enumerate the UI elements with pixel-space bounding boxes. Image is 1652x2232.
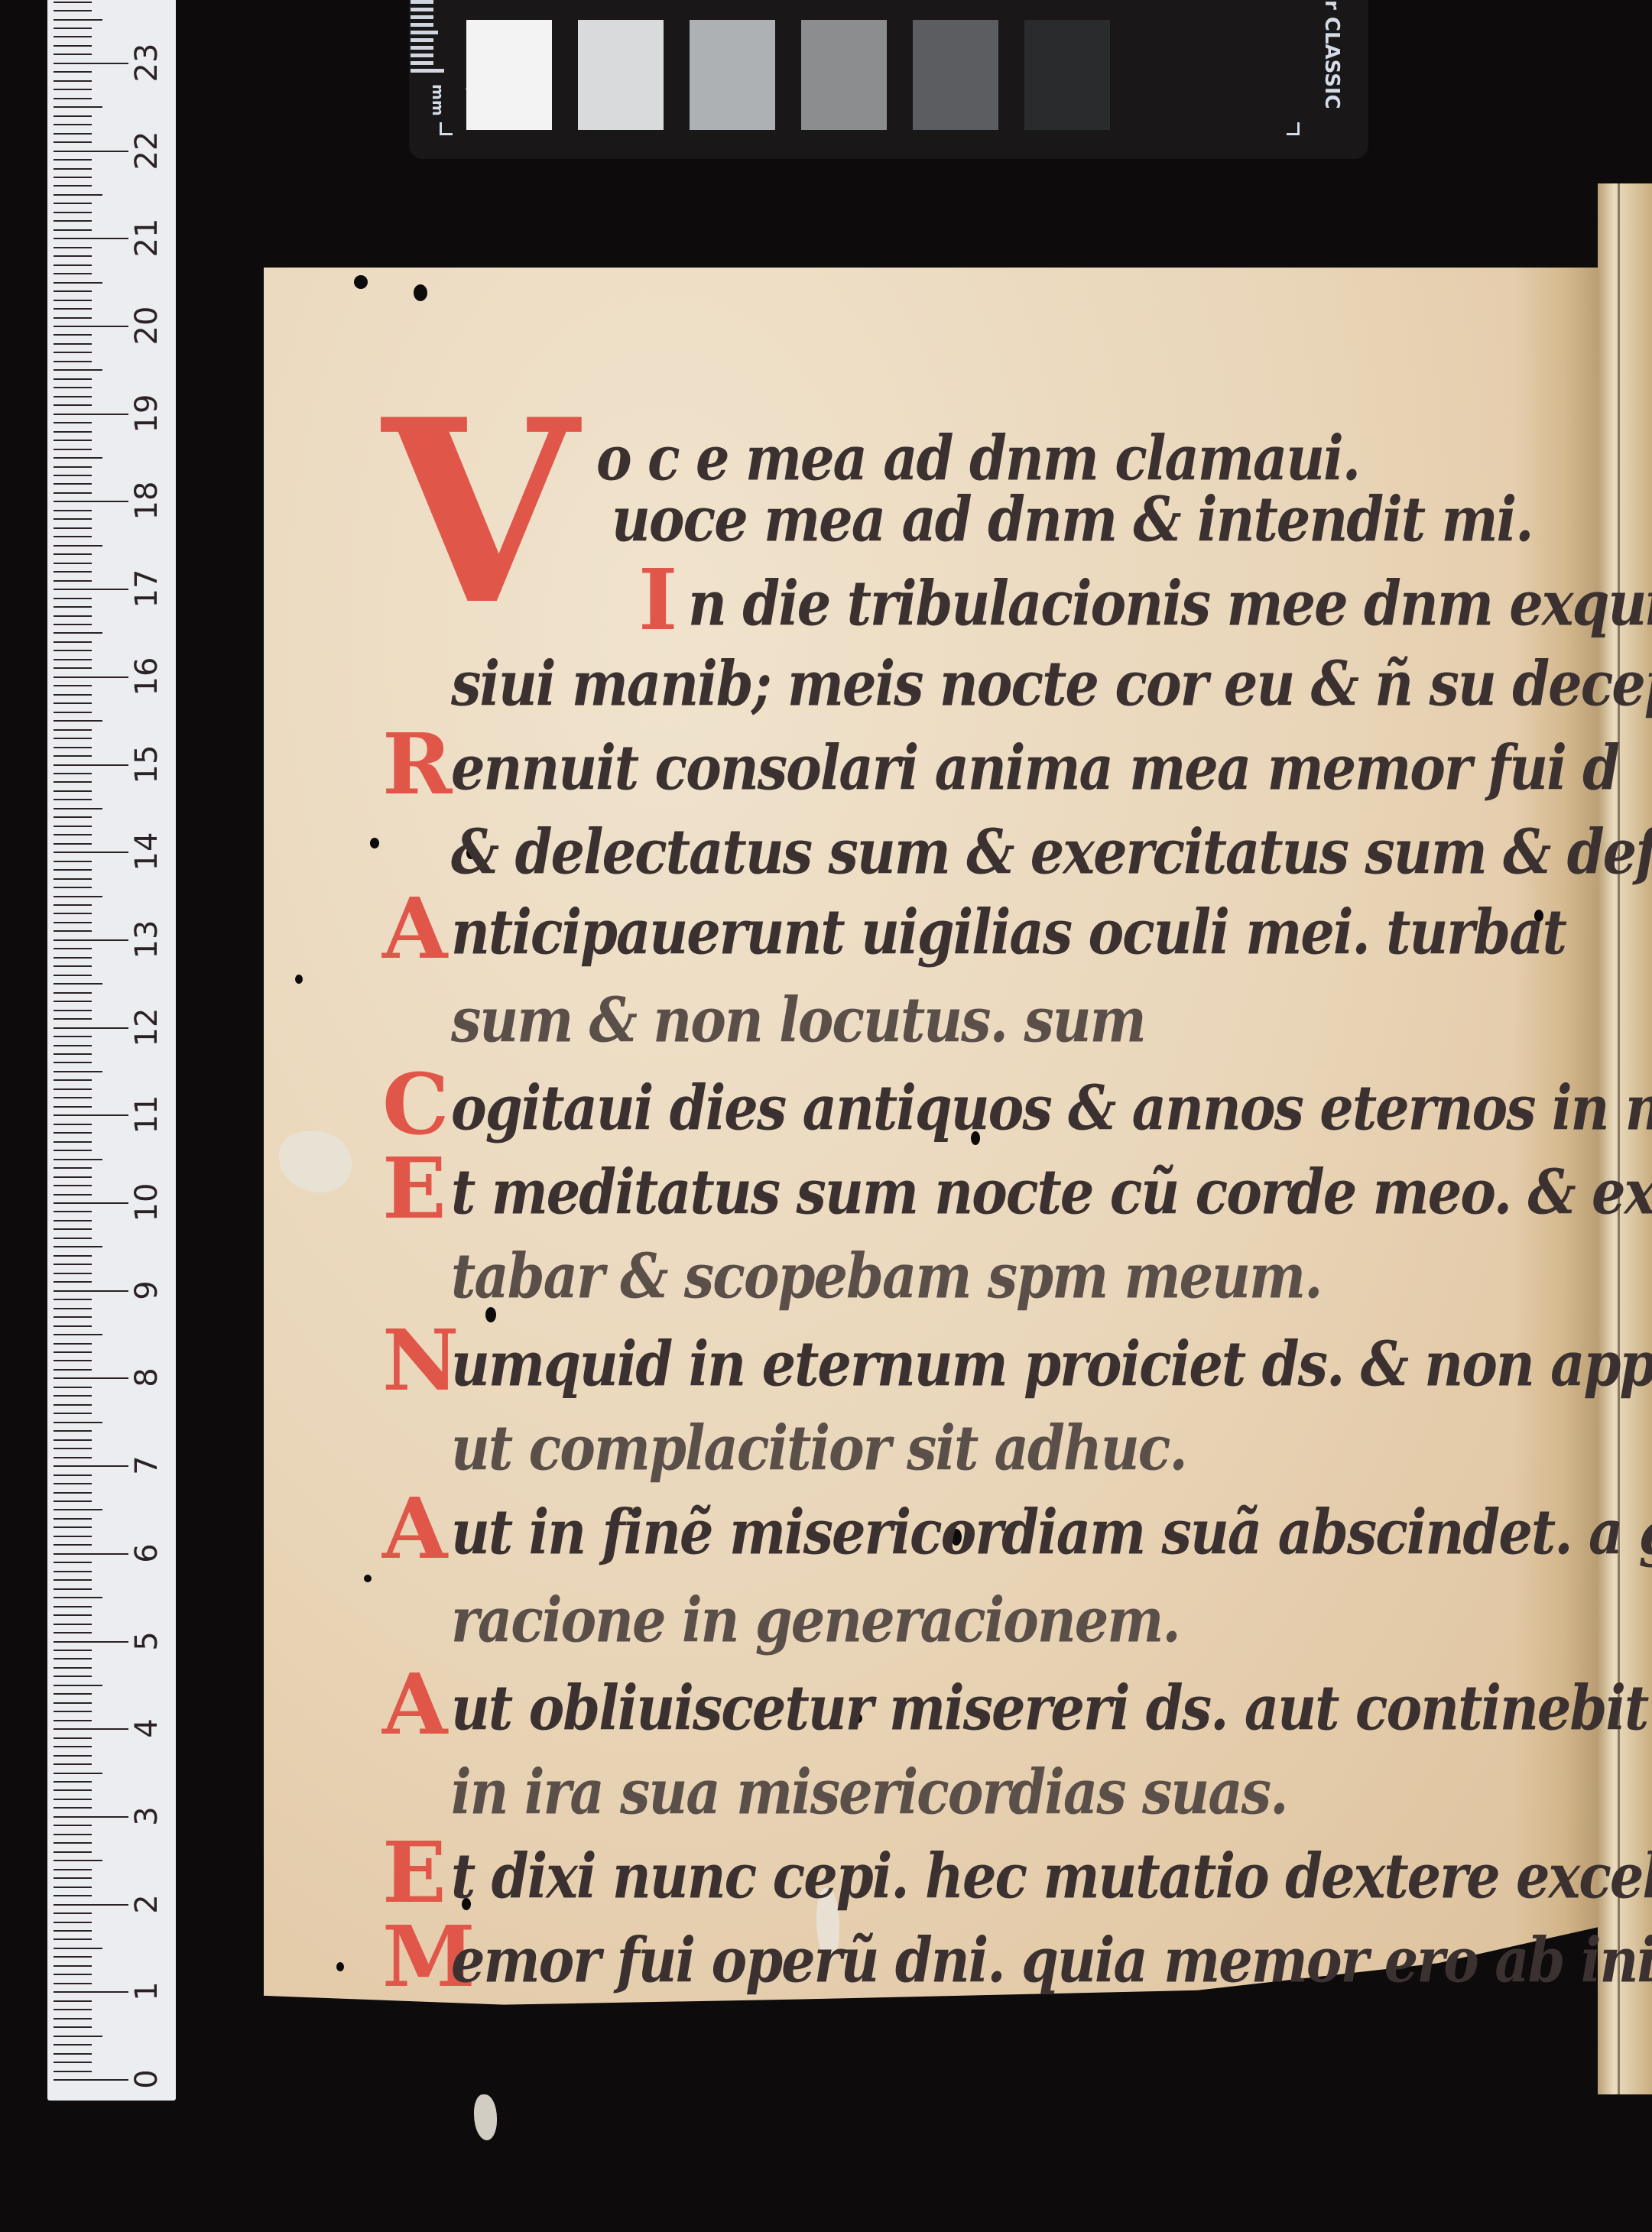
ruler-label: 22: [131, 128, 162, 174]
rubricated-initial-c: C: [382, 1062, 450, 1147]
ruler-tick: [54, 1597, 102, 1598]
ruler-tick: [54, 641, 92, 643]
manuscript-line: siui manib; meis nocte cor eu & ñ su de…: [451, 649, 1652, 719]
ruler-tick: [54, 1062, 92, 1063]
ruler-tick: [54, 799, 92, 800]
ruler-tick: [54, 1956, 92, 1958]
ruler-tick: [54, 1351, 92, 1353]
ruler-tick: [54, 1430, 92, 1432]
pinhole: [354, 275, 368, 289]
ruler-tick: [54, 177, 92, 178]
ruler-tick: [54, 1676, 92, 1677]
ruler-tick: [54, 1526, 92, 1528]
ruler-tick: [54, 1579, 92, 1581]
ruler-tick: [54, 1518, 92, 1520]
ruler-label: 12: [131, 1004, 162, 1050]
ruler-tick: [54, 1132, 92, 1134]
ruler-tick: [54, 1895, 92, 1896]
ruler-tick: [54, 1377, 128, 1379]
ruler-tick: [54, 1045, 92, 1046]
grey-patch-6: [1024, 20, 1110, 130]
ruler-tick: [54, 1325, 92, 1327]
ruler-tick: [54, 930, 92, 932]
ruler-tick: [54, 449, 92, 450]
rubricated-initial-r: R: [382, 722, 452, 806]
manuscript-line: emor fui operũ dni. quia memor ero ab i…: [451, 1925, 1652, 1996]
ruler-tick: [54, 580, 92, 582]
ruler-tick: [54, 702, 92, 704]
ruler-tick: [54, 2026, 92, 2028]
ruler-tick: [54, 89, 92, 90]
ruler-label: 20: [131, 303, 162, 349]
ruler-tick: [54, 159, 92, 161]
ruler-tick: [54, 948, 92, 949]
ruler-tick: [54, 1632, 92, 1633]
ruler-tick: [54, 2071, 92, 2072]
rubricated-initial-i: I: [638, 558, 677, 642]
ruler-tick: [54, 1746, 92, 1747]
ruler-label: 3: [131, 1793, 162, 1839]
ruler-tick: [54, 1991, 128, 1993]
grey-patch-5: [913, 20, 998, 130]
ruler-tick: [54, 54, 92, 55]
ruler-tick: [54, 1299, 92, 1300]
ruler-tick: [54, 1404, 92, 1406]
ruler-tick: [54, 414, 128, 415]
ruler-tick: [54, 624, 92, 625]
ruler-tick: [54, 1343, 92, 1345]
ruler-tick: [54, 1264, 92, 1265]
manuscript-line: & delectatus sum & exercitatus sum & def…: [451, 817, 1652, 887]
ruler-tick: [54, 992, 92, 994]
mm-scale-ticks: [411, 0, 444, 76]
ruler-tick: [54, 896, 102, 897]
ruler-tick: [54, 2018, 92, 2020]
ruler-tick: [54, 606, 92, 608]
ruler-label: 17: [131, 566, 162, 612]
ruler-tick: [54, 1720, 92, 1721]
ruler-tick: [54, 808, 102, 809]
ruler-tick: [54, 1422, 102, 1423]
ruler-tick: [54, 229, 92, 231]
ruler-label: 15: [131, 741, 162, 787]
ruler-tick: [54, 1492, 92, 1494]
ruler-tick: [54, 431, 92, 433]
ruler-tick: [54, 19, 102, 21]
ruler-tick: [54, 826, 92, 827]
ruler-tick: [54, 747, 92, 748]
ruler-tick: [54, 983, 102, 985]
ruler-tick: [54, 676, 128, 678]
ruler-tick: [54, 1255, 92, 1257]
ruler-label: 2: [131, 1881, 162, 1927]
ruler-tick: [54, 1773, 102, 1774]
grey-patch-3: [690, 20, 775, 130]
ruler-tick: [54, 852, 128, 853]
ruler-tick: [54, 1369, 92, 1371]
ruler-tick: [54, 965, 92, 967]
ruler-tick: [54, 492, 92, 494]
ruler-label: 11: [131, 1092, 162, 1137]
ruler-tick: [54, 1974, 92, 1975]
ruler-label: 8: [131, 1354, 162, 1400]
ruler-tick: [54, 1010, 92, 1011]
ruler-tick: [54, 790, 92, 792]
ruler-tick: [54, 282, 102, 284]
ruler-tick: [54, 422, 92, 423]
ruler-tick: [54, 2036, 102, 2037]
ruler-tick: [54, 589, 128, 590]
ruler-tick: [54, 300, 92, 301]
ruler-tick: [54, 264, 92, 266]
ruler-tick: [54, 1737, 92, 1739]
ruler-tick: [54, 1825, 92, 1826]
ruler-tick: [54, 2053, 92, 2055]
ruler-tick: [54, 1553, 128, 1555]
ruler-tick: [54, 1001, 92, 1002]
ruler-tick: [54, 457, 102, 459]
ruler-tick: [54, 1465, 128, 1467]
ruler-tick: [54, 563, 92, 564]
manuscript-line: sum & non locutus. sum: [451, 985, 1145, 1056]
ruler-tick: [54, 1509, 102, 1510]
ruler-tick: [54, 712, 92, 713]
ruler-tick: [54, 1246, 102, 1247]
rubricated-initial-n: N: [382, 1319, 459, 1403]
brand-label: r CLASSIC: [1320, 0, 1343, 109]
manuscript-line: t dixi nunc cepi. hec mutatio dextere ex…: [451, 1841, 1652, 1912]
ruler-tick: [54, 1395, 92, 1397]
ruler-label: 10: [131, 1179, 162, 1225]
ruler-tick: [54, 71, 92, 73]
ruler-tick: [54, 650, 92, 651]
ruler-tick: [54, 1816, 128, 1818]
ruler-tick: [54, 1290, 128, 1292]
ruler-tick: [54, 404, 92, 406]
ruler-tick: [54, 598, 92, 599]
manuscript-line: ennuit consolari anima mea memor fui d: [451, 733, 1618, 803]
pinhole: [364, 1575, 372, 1582]
ruler-tick: [54, 378, 92, 380]
ruler-tick: [54, 1439, 92, 1441]
ruler-label: 14: [131, 829, 162, 874]
manuscript-line: ut in finẽ misericordiam suã abscindet…: [451, 1497, 1652, 1568]
ruler-tick: [54, 1763, 92, 1765]
ruler-tick: [54, 1728, 128, 1730]
ruler-tick: [54, 1273, 92, 1274]
ruler-tick: [54, 755, 92, 757]
ruler-tick: [54, 212, 92, 213]
ruler-tick: [54, 816, 92, 818]
ruler-tick: [54, 571, 92, 573]
ruler-tick: [54, 1807, 92, 1809]
pinhole: [295, 975, 303, 984]
manuscript-line: ut complacitior sit adhuc.: [451, 1413, 1186, 1484]
ruler-tick: [54, 1018, 92, 1020]
ruler-tick: [54, 466, 92, 468]
ruler-tick: [54, 834, 92, 835]
grey-patch-2: [578, 20, 664, 130]
ruler-tick: [54, 1281, 92, 1283]
ruler-tick: [54, 1667, 92, 1669]
pinhole: [336, 1962, 344, 1971]
manuscript-line: ogitaui dies antiquos & annos eternos in…: [451, 1073, 1652, 1144]
ruler-tick: [54, 1869, 92, 1870]
ruler-tick: [54, 615, 92, 617]
ruler-tick: [54, 1387, 92, 1388]
ruler-tick: [54, 168, 92, 170]
ruler-tick: [54, 2, 92, 3]
ruler-tick: [54, 667, 92, 669]
ruler-tick: [54, 720, 102, 722]
ruler-tick: [54, 773, 92, 774]
ruler-tick: [54, 1948, 102, 1949]
ruler-tick: [54, 396, 92, 397]
ruler-tick: [54, 518, 92, 520]
ruler-tick: [54, 115, 92, 117]
rubricated-initial-e: E: [382, 1147, 446, 1231]
ruler-tick: [54, 1544, 92, 1546]
ruler-tick: [54, 1641, 128, 1643]
ruler-tick: [54, 1053, 92, 1055]
ruler-tick: [54, 133, 92, 135]
grey-patch-4: [801, 20, 887, 130]
ruler-tick: [54, 1202, 128, 1204]
ruler-label: 21: [131, 215, 162, 261]
ruler-tick: [54, 343, 92, 345]
manuscript-line: nticipauerunt uigilias oculi mei. turbat: [451, 897, 1566, 968]
corner-mark: [1287, 122, 1300, 135]
ruler-tick: [54, 1176, 92, 1178]
ruler-tick: [54, 1789, 92, 1791]
ruler-tick: [54, 36, 92, 37]
ruler-tick: [54, 1877, 92, 1879]
rubricated-initial-a: A: [382, 887, 447, 971]
ruler-tick: [54, 1650, 92, 1651]
ruler-tick: [54, 1799, 92, 1800]
ruler-tick: [54, 2044, 92, 2045]
ruler-tick: [54, 308, 92, 310]
ruler-tick: [54, 1114, 128, 1116]
ruler-tick: [54, 203, 92, 204]
ruler-tick: [54, 536, 92, 537]
ruler-tick: [54, 194, 102, 196]
ruler-tick: [54, 1624, 92, 1625]
ruler-label: 23: [131, 40, 162, 86]
ruler-tick: [54, 2000, 92, 2002]
manuscript-line: umquid in eternum proiciet ds. & non app…: [451, 1329, 1652, 1400]
ruler-tick: [54, 1685, 102, 1686]
ruler-tick: [54, 141, 92, 143]
ruler-tick: [54, 185, 92, 187]
ruler-tick: [54, 1842, 92, 1844]
ruler-tick: [54, 317, 92, 319]
ruler-tick: [54, 781, 92, 783]
ruler-tick: [54, 238, 128, 239]
ruler-tick: [54, 553, 92, 555]
ruler-tick: [54, 1448, 92, 1449]
ruler-label: 19: [131, 391, 162, 436]
ruler-tick: [54, 1071, 102, 1072]
pinhole: [370, 838, 379, 848]
ruler-label: 9: [131, 1267, 162, 1313]
ruler-tick: [54, 1027, 128, 1029]
ruler-tick: [54, 2079, 128, 2081]
ruler-label: 1: [131, 1968, 162, 2014]
manuscript-line: uoce mea ad dnm & intendit mi.: [612, 485, 1532, 555]
ruler-tick: [54, 957, 92, 959]
ruler-tick: [54, 1588, 92, 1590]
ruler-tick: [54, 1238, 92, 1239]
ruler-tick: [54, 1781, 92, 1783]
ruler-tick: [54, 475, 92, 476]
rubricated-initial-a: A: [382, 1487, 447, 1571]
manuscript-line: t meditatus sum nocte cũ corde meo. & e…: [451, 1157, 1652, 1228]
ruler-tick: [54, 1702, 92, 1704]
ruler-tick: [54, 28, 92, 29]
manuscript-line: racione in generacionem.: [451, 1585, 1180, 1656]
ruler-label: 13: [131, 916, 162, 962]
ruler-tick: [54, 1150, 92, 1151]
ruler-tick: [54, 1088, 92, 1090]
ruler-tick: [54, 361, 92, 362]
ruler-tick: [54, 1211, 92, 1212]
ruler-tick: [54, 1693, 92, 1695]
decorated-initial-v: V: [382, 386, 578, 638]
ruler-tick: [54, 1097, 92, 1098]
ruler-tick: [54, 1860, 102, 1861]
ruler-tick: [54, 922, 92, 923]
ruler-tick: [54, 1079, 92, 1081]
ruler-tick: [54, 1141, 92, 1143]
ruler-tick: [54, 2062, 92, 2063]
pinhole: [414, 284, 427, 301]
ruler-tick: [54, 290, 92, 292]
ruler-tick: [54, 1912, 92, 1914]
ruler-tick: [54, 1834, 92, 1835]
mm-label: mm: [429, 84, 447, 116]
ruler-tick: [54, 913, 92, 914]
ruler-tick: [54, 80, 92, 82]
ruler-label: 18: [131, 478, 162, 524]
ruler-tick: [54, 659, 92, 660]
manuscript-line: n die tribulacionis mee dnm exqui: [688, 569, 1652, 639]
ruler-tick: [54, 255, 92, 257]
ruler-tick: [54, 764, 128, 766]
ruler-tick: [54, 1930, 92, 1932]
ruler-tick: [54, 869, 92, 871]
ruler-label: 0: [131, 2056, 162, 2102]
ruler-tick: [54, 904, 92, 906]
ruler-tick: [54, 843, 92, 845]
ruler-tick: [54, 861, 92, 862]
ruler-tick: [54, 939, 128, 941]
rubricated-initial-a: A: [382, 1663, 447, 1747]
ruler-tick: [54, 1983, 92, 1984]
ruler-tick: [54, 352, 92, 353]
ruler-tick: [54, 369, 102, 371]
ruler-tick: [54, 1220, 92, 1221]
ruler-tick: [54, 1904, 128, 1906]
color-checker-card: mm 02/22 r CLASSIC: [409, 0, 1368, 159]
ruler-tick: [54, 151, 128, 152]
ruler-tick: [54, 1316, 92, 1318]
ruler-tick: [54, 1228, 92, 1230]
ruler-tick: [54, 694, 92, 696]
ruler-label: 7: [131, 1442, 162, 1488]
ruler-tick: [54, 1658, 92, 1659]
ruler-tick: [54, 387, 92, 388]
ruler-tick: [54, 1606, 92, 1607]
ruler-tick: [54, 1536, 92, 1537]
ruler-label: 16: [131, 654, 162, 699]
ruler-tick: [54, 738, 92, 739]
ruler-tick: [54, 1938, 92, 1940]
ruler-tick: [54, 124, 92, 125]
ruler-tick: [54, 1562, 92, 1563]
ruler-tick: [54, 1614, 92, 1616]
grey-patch-1: [466, 20, 552, 130]
ruler-tick: [54, 887, 92, 888]
ruler-tick: [54, 2009, 92, 2010]
ruler-tick: [54, 878, 92, 880]
ruler-tick: [54, 1851, 92, 1853]
ruler-tick: [54, 1886, 92, 1888]
measurement-ruler: 01234567891011121314151617181920212223: [47, 0, 176, 2101]
ruler-tick: [54, 1755, 92, 1757]
ruler-tick: [54, 326, 128, 327]
ruler-tick: [54, 1571, 92, 1572]
ruler-tick: [54, 1413, 92, 1414]
ruler-tick: [54, 1922, 92, 1923]
ruler-tick: [54, 98, 92, 99]
ruler-tick: [54, 1194, 92, 1195]
ruler-tick: [54, 220, 92, 222]
parchment-damage: [474, 2094, 497, 2140]
ruler-tick: [54, 1483, 92, 1484]
ruler-tick: [54, 1457, 92, 1458]
ruler-tick: [54, 1036, 92, 1037]
ruler-label: 5: [131, 1618, 162, 1664]
ruler-tick: [54, 1167, 92, 1169]
ruler-tick: [54, 501, 128, 502]
ruler-label: 4: [131, 1705, 162, 1751]
ruler-tick: [54, 1360, 92, 1361]
manuscript-line: tabar & scopebam spm meum.: [451, 1241, 1321, 1312]
ruler-tick: [54, 1159, 102, 1160]
ruler-tick: [54, 440, 92, 441]
ruler-tick: [54, 1965, 92, 1967]
ruler-tick: [54, 483, 92, 485]
ruler-tick: [54, 1308, 92, 1309]
rubricated-initial-e: E: [382, 1831, 446, 1915]
ruler-tick: [54, 729, 92, 731]
manuscript-line: in ira sua misericordias suas.: [451, 1757, 1287, 1828]
ruler-tick: [54, 510, 92, 511]
ruler-tick: [54, 1185, 92, 1186]
ruler-label: 6: [131, 1530, 162, 1576]
corner-mark: [440, 122, 453, 135]
ruler-tick: [54, 10, 92, 11]
ruler-tick: [54, 685, 92, 686]
ruler-tick: [54, 63, 128, 64]
ruler-tick: [54, 1334, 102, 1335]
ruler-tick: [54, 106, 102, 108]
ruler-tick: [54, 545, 102, 547]
ruler-tick: [54, 1711, 92, 1712]
ruler-tick: [54, 273, 92, 274]
ruler-tick: [54, 527, 92, 529]
